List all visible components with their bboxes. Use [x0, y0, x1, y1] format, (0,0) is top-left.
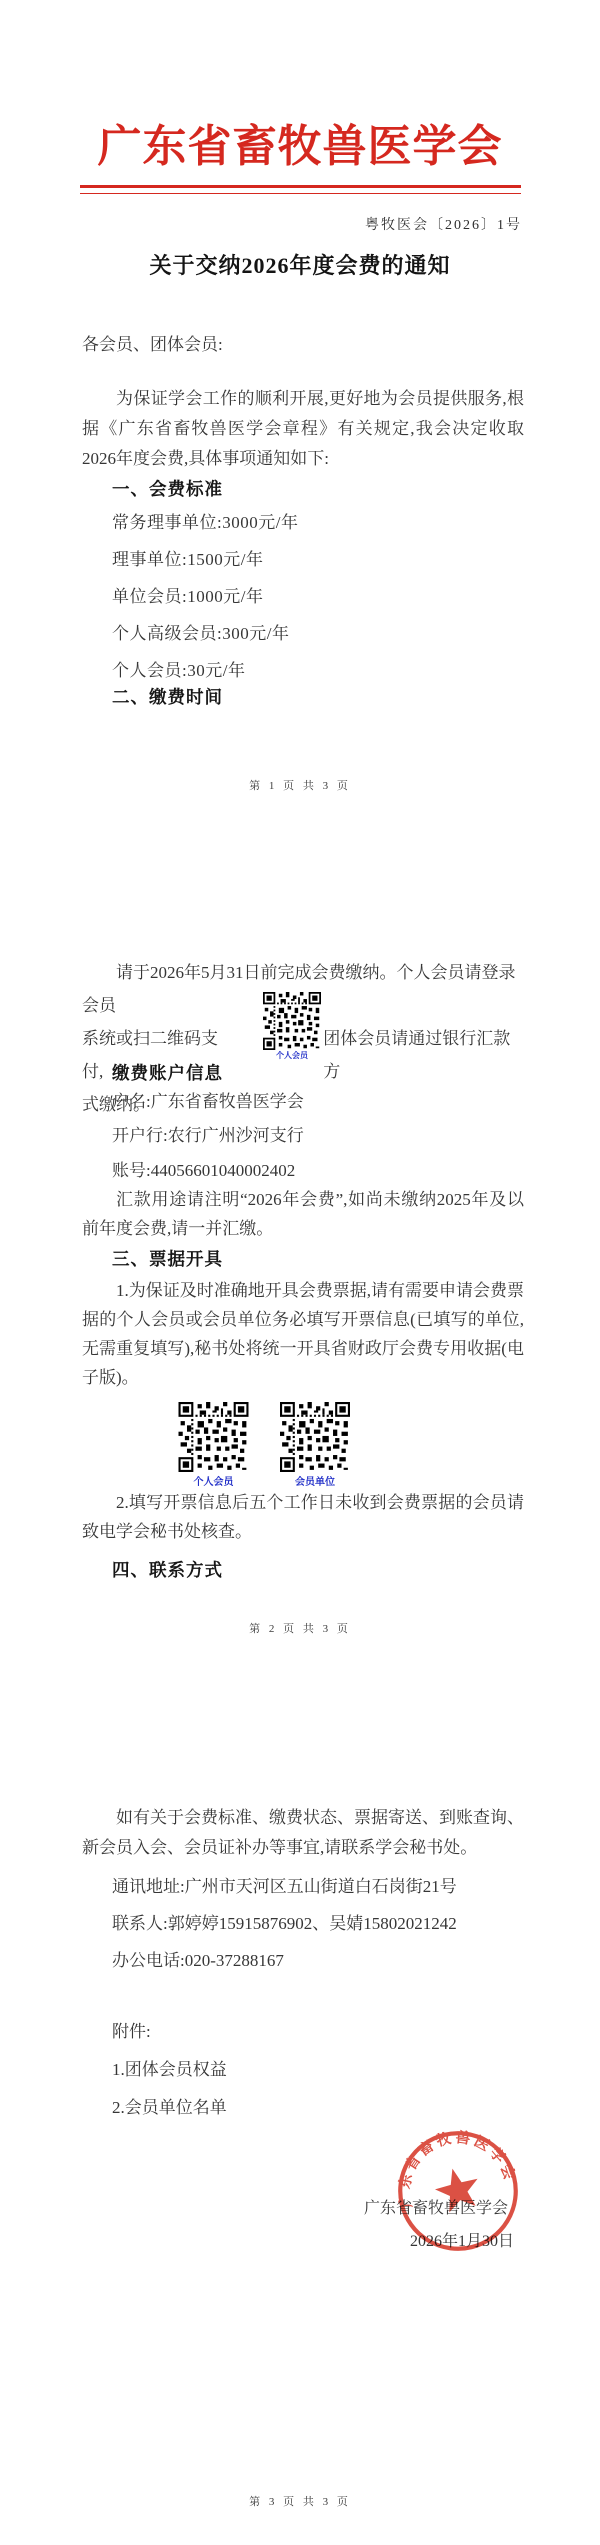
page-footer-2: 第 2 页 共 3 页	[0, 1620, 600, 1636]
salutation: 各会员、团体会员:	[82, 330, 223, 355]
attachment-item: 2.会员单位名单	[112, 2093, 227, 2118]
qr-code-label: 个人会员	[258, 1050, 326, 1061]
contact-persons: 联系人:郭婷婷15915876902、吴婧15802021242	[112, 1909, 457, 1934]
fee-item: 单位会员:1000元/年	[112, 578, 298, 615]
official-seal: 广东省畜牧兽医学会	[395, 2128, 521, 2254]
letterhead-org-name: 广东省畜牧兽医学会	[0, 110, 600, 174]
attachment-item: 1.团体会员权益	[112, 2055, 227, 2080]
intro-paragraph: 为保证学会工作的顺利开展,更好地为会员提供服务,根据《广东省畜牧兽医学会章程》有…	[82, 384, 524, 474]
contact-address: 通讯地址:广州市天河区五山街道白石岗街21号	[112, 1872, 457, 1897]
section-heading-fee-standard: 一、会费标准	[112, 476, 223, 501]
qr-code-label: 个人会员	[177, 1473, 250, 1488]
seal-star-icon	[431, 2163, 484, 2214]
qr-code-member-unit-invoice	[277, 1402, 353, 1472]
fee-item: 个人高级会员:300元/年	[112, 615, 298, 652]
remit-note: 汇款用途请注明“2026年会费”,如尚未缴纳2025年及以前年度会费,请一并汇缴…	[82, 1185, 524, 1243]
document-number: 粤牧医会〔2026〕1号	[365, 214, 522, 234]
notice-title: 关于交纳2026年度会费的通知	[0, 249, 600, 280]
invoice-item-2: 2.填写开票信息后五个工作日未收到会费票据的会员请致电学会秘书处核查。	[82, 1488, 524, 1546]
qr-code-label: 会员单位	[277, 1473, 353, 1488]
fee-standard-list: 常务理事单位:3000元/年 理事单位:1500元/年 单位会员:1000元/年…	[112, 504, 298, 689]
attachments-heading: 附件:	[112, 2017, 151, 2042]
qr-code-personal-member-pay	[258, 992, 326, 1050]
qr-code-personal-member-invoice	[177, 1402, 250, 1472]
payment-line-2b: 团体会员请通过银行汇款方	[323, 1022, 524, 1088]
section-heading-invoice: 三、票据开具	[112, 1246, 223, 1271]
invoice-item-1: 1.为保证及时准确地开具会费票据,请有需要申请会费票据的个人会员或会员单位务必填…	[82, 1276, 524, 1392]
page-footer-1: 第 1 页 共 3 页	[0, 777, 600, 793]
fee-item: 理事单位:1500元/年	[112, 541, 298, 578]
contact-intro: 如有关于会费标准、缴费状态、票据寄送、到账查询、新会员入会、会员证补办等事宜,请…	[82, 1803, 524, 1863]
letterhead-divider	[80, 185, 521, 194]
section-heading-contact: 四、联系方式	[112, 1557, 223, 1582]
account-info-heading: 缴费账户信息	[112, 1060, 223, 1085]
notice-document: 广东省畜牧兽医学会 粤牧医会〔2026〕1号 关于交纳2026年度会费的通知 各…	[0, 0, 600, 2545]
fee-item: 常务理事单位:3000元/年	[112, 504, 298, 541]
section-heading-payment-time: 二、缴费时间	[112, 684, 223, 709]
account-bank: 开户行:农行广州沙河支行	[112, 1121, 304, 1146]
page-footer-3: 第 3 页 共 3 页	[0, 2493, 600, 2509]
contact-phone: 办公电话:020-37288167	[112, 1946, 284, 1971]
account-name: 户名:广东省畜牧兽医学会	[112, 1087, 304, 1112]
account-number: 账号:44056601040002402	[112, 1156, 295, 1181]
